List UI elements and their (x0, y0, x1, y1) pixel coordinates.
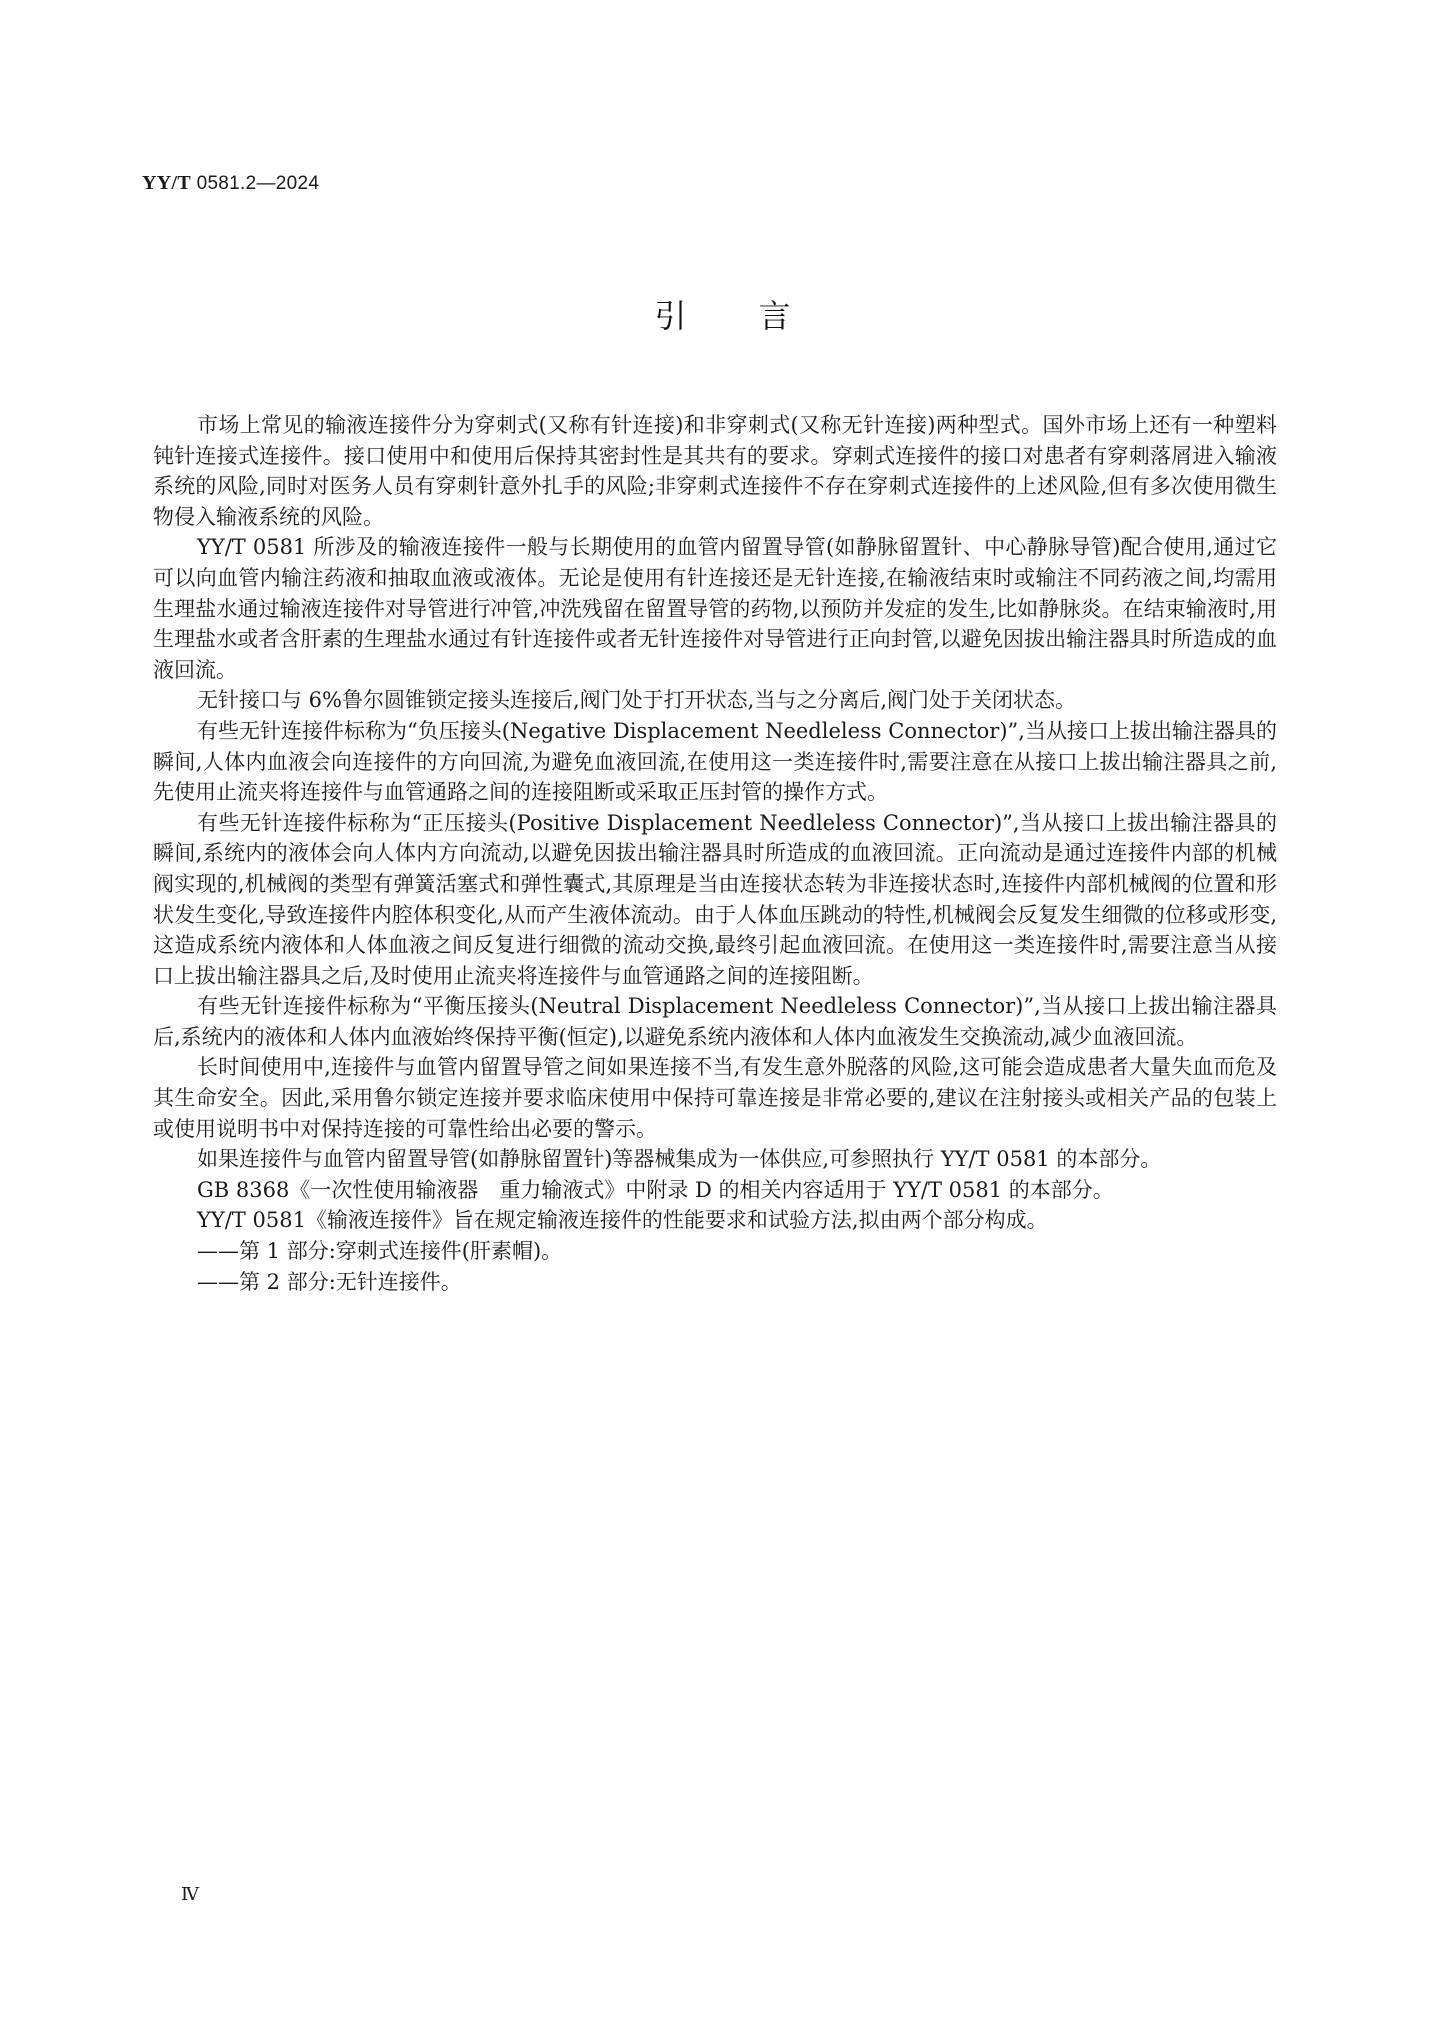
standard-number: 0581.2—2024 (197, 173, 320, 194)
page-title: 引言 (0, 296, 1445, 336)
paragraph-usage-flushing: YY/T 0581 所涉及的输液连接件一般与长期使用的血管内留置导管(如静脉留置… (153, 532, 1277, 685)
paragraph-neutral-displacement: 有些无针连接件标称为“平衡压接头(Neutral Displacement Ne… (153, 991, 1277, 1052)
list-item-part-1: ——第 1 部分:穿刺式连接件(肝素帽)。 (153, 1236, 1277, 1267)
list-item-part-2: ——第 2 部分:无针连接件。 (153, 1267, 1277, 1298)
paragraph-luer-lock-warning: 长时间使用中,连接件与血管内留置导管之间如果连接不当,有发生意外脱落的风险,这可… (153, 1052, 1277, 1144)
page-number: Ⅳ (181, 1884, 199, 1905)
introduction-body: 市场上常见的输液连接件分为穿刺式(又称有针连接)和非穿刺式(又称无针连接)两种型… (153, 410, 1277, 1297)
paragraph-negative-displacement: 有些无针连接件标称为“负压接头(Negative Displacement Ne… (153, 716, 1277, 808)
paragraph-connector-types: 市场上常见的输液连接件分为穿刺式(又称有针连接)和非穿刺式(又称无针连接)两种型… (153, 410, 1277, 532)
paragraph-series-structure: YY/T 0581《输液连接件》旨在规定输液连接件的性能要求和试验方法,拟由两个… (153, 1205, 1277, 1236)
paragraph-valve-state: 无针接口与 6%鲁尔圆锥锁定接头连接后,阀门处于打开状态,当与之分离后,阀门处于… (153, 685, 1277, 716)
paragraph-gb8368-reference: GB 8368《一次性使用输液器 重力输液式》中附录 D 的相关内容适用于 YY… (153, 1175, 1277, 1206)
standard-prefix: YY/T (142, 172, 191, 194)
standard-code: YY/T 0581.2—2024 (142, 172, 319, 195)
paragraph-positive-displacement: 有些无针连接件标称为“正压接头(Positive Displacement Ne… (153, 808, 1277, 992)
paragraph-integrated-devices: 如果连接件与血管内留置导管(如静脉留置针)等器械集成为一体供应,可参照执行 YY… (153, 1144, 1277, 1175)
